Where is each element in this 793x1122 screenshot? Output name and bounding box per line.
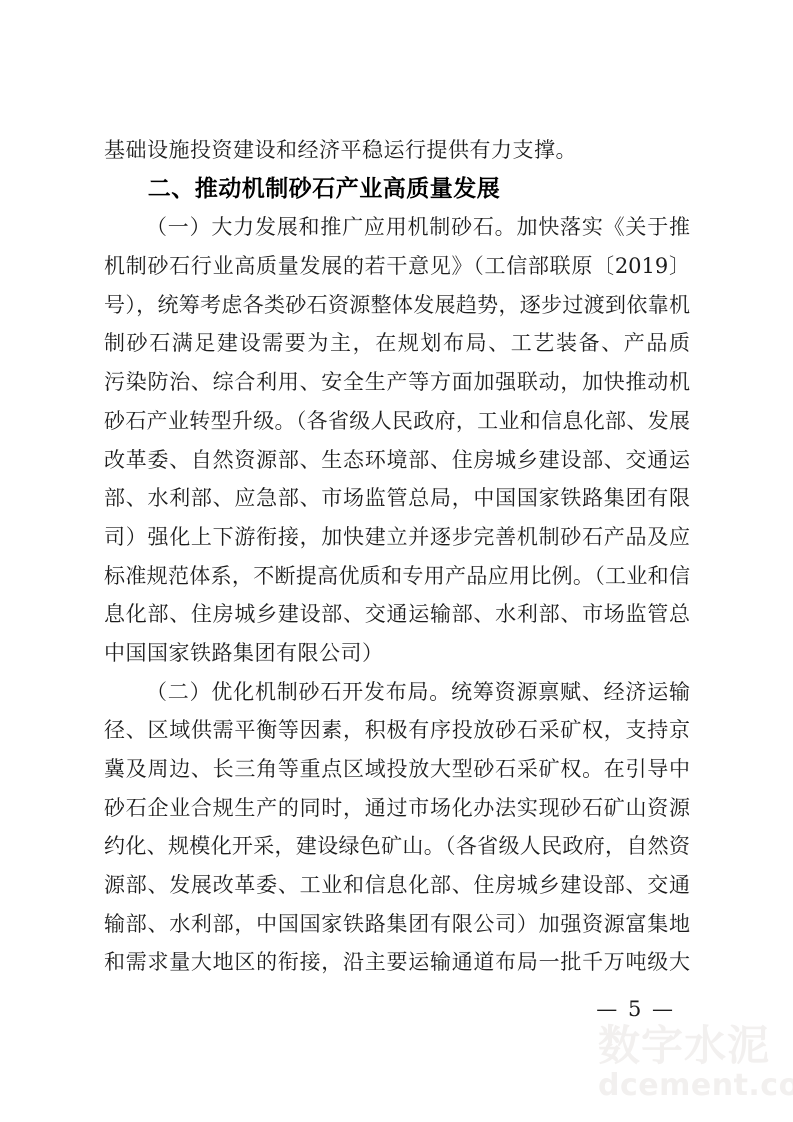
text-line: 砂石产业转型升级。（各省级人民政府，工业和信息化部、发展 — [104, 402, 690, 441]
text-line: 约化、规模化开采，建设绿色矿山。（各省级人民政府，自然资 — [104, 827, 690, 866]
text-line: 源部、发展改革委、工业和信息化部、住房城乡建设部、交通运 — [104, 866, 690, 905]
watermark-domain: dcement.com — [598, 1068, 793, 1104]
text-line: （一）大力发展和推广应用机制砂石。加快落实《关于推进 — [104, 208, 690, 247]
text-line: 中国国家铁路集团有限公司） — [104, 634, 690, 673]
text-line: 污染防治、综合利用、安全生产等方面加强联动，加快推动机制 — [104, 363, 690, 402]
text-line: （二）优化机制砂石开发布局。统筹资源禀赋、经济运输半 — [104, 673, 690, 712]
document-body: 基础设施投资建设和经济平稳运行提供有力支撑。二、推动机制砂石产业高质量发展（一）… — [104, 131, 690, 982]
text-line: 和需求量大地区的衔接，沿主要运输通道布局一批千万吨级大型 — [104, 943, 690, 982]
text-line: 号），统筹考虑各类砂石资源整体发展趋势，逐步过渡到依靠机 — [104, 286, 690, 325]
text-line: 改革委、自然资源部、生态环境部、住房城乡建设部、交通运输 — [104, 441, 690, 480]
text-line: 机制砂石行业高质量发展的若干意见》（工信部联原〔2019〕239 — [104, 247, 690, 286]
text-line: 息化部、住房城乡建设部、交通运输部、水利部、市场监管总局， — [104, 595, 690, 634]
page-number: — 5 — — [596, 997, 675, 1021]
text-line: 输部、水利部，中国国家铁路集团有限公司）加强资源富集地区 — [104, 905, 690, 944]
watermark-title: 数字水泥 — [598, 1024, 793, 1068]
text-line: 标准规范体系，不断提高优质和专用产品应用比例。（工业和信 — [104, 557, 690, 596]
text-line: 司）强化上下游衔接，加快建立并逐步完善机制砂石产品及应用 — [104, 518, 690, 557]
text-line: 制砂石满足建设需要为主，在规划布局、工艺装备、产品质量、 — [104, 324, 690, 363]
watermark: 数字水泥 dcement.com — [598, 1024, 793, 1104]
section-heading: 二、推动机制砂石产业高质量发展 — [104, 170, 690, 209]
document-page: 基础设施投资建设和经济平稳运行提供有力支撑。二、推动机制砂石产业高质量发展（一）… — [0, 0, 793, 1122]
text-line: 部、水利部、应急部、市场监管总局，中国国家铁路集团有限公 — [104, 479, 690, 518]
text-line: 砂石企业合规生产的同时，通过市场化办法实现砂石矿山资源集 — [104, 789, 690, 828]
text-line: 冀及周边、长三角等重点区域投放大型砂石采矿权。在引导中小 — [104, 750, 690, 789]
text-line: 基础设施投资建设和经济平稳运行提供有力支撑。 — [104, 131, 690, 170]
text-line: 径、区域供需平衡等因素，积极有序投放砂石采矿权，支持京津 — [104, 711, 690, 750]
